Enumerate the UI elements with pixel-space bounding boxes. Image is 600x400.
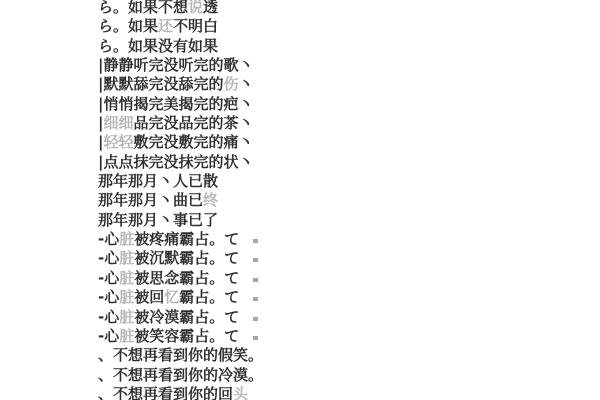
lyric-line: 那年那月丶曲已终: [98, 191, 263, 210]
lyric-segment: |静静听完没听完的歌丶: [98, 56, 253, 74]
lyric-segment: ら。如果: [98, 17, 158, 35]
lyric-segment: 被疼痛霸占。て: [134, 230, 239, 248]
lyric-line: |细细品完没品完的茶丶: [98, 114, 263, 133]
lyric-segment: 丶: [239, 75, 254, 93]
lyric-segment: 脏: [119, 249, 134, 267]
lyric-segment: 那年那月丶事已了: [98, 211, 218, 229]
lyric-segment: 脏: [119, 230, 134, 248]
tiny-dot-mark: .: [253, 258, 258, 262]
lyric-segment: 被笑容霸占。て: [134, 327, 239, 345]
lyric-segment: 透: [203, 0, 218, 16]
lyric-line: 、不想再看到你的冷漠。: [98, 366, 263, 385]
tiny-dot-mark: .: [253, 317, 258, 321]
lyric-segment: ら。如果没有如果: [98, 37, 218, 55]
lyric-line: 那年那月丶事已了: [98, 211, 263, 230]
tiny-dot-mark: .: [253, 278, 258, 282]
lyric-segment: ら。如果不想: [98, 0, 188, 16]
lyric-line: |默默舔完没舔完的伤丶: [98, 75, 263, 94]
lyric-segment: 那年那月丶曲已: [98, 191, 203, 209]
lyric-segment: 脏: [119, 269, 134, 287]
lyric-line: ら。如果不想说透: [98, 0, 263, 17]
lyric-segment: 、不想再看到你的冷漠。: [98, 366, 263, 384]
lyric-line: ら。如果还不明白: [98, 17, 263, 36]
lyric-line: -心脏被思念霸占。て.: [98, 269, 263, 288]
lyric-segment: 头: [233, 385, 248, 400]
lyric-segment: 轻轻: [103, 133, 133, 151]
tiny-dot-mark: .: [253, 336, 258, 340]
lyric-segment: 敷完没敷完的痛丶: [134, 133, 254, 151]
lyric-segment: -心: [98, 308, 119, 326]
lyric-segment: 说: [188, 0, 203, 16]
tiny-dot-mark: .: [253, 297, 258, 301]
lyric-line: 、不想再看到你的假笑。: [98, 346, 263, 365]
lyric-segment: -心: [98, 269, 119, 287]
lyric-line: ら。如果没有如果: [98, 37, 263, 56]
lyric-line: 、不想再看到你的回头: [98, 385, 263, 400]
lyric-segment: -心: [98, 249, 119, 267]
lyric-segment: 脏: [119, 308, 134, 326]
lyric-line: |静静听完没听完的歌丶: [98, 56, 263, 75]
lyric-line: -心脏被笑容霸占。て.: [98, 327, 263, 346]
lyric-line: 那年那月丶人已散: [98, 172, 263, 191]
lyric-line: |点点抹完没抹完的状丶: [98, 153, 263, 172]
lyric-line: |轻轻敷完没敷完的痛丶: [98, 133, 263, 152]
lyric-segment: -心: [98, 288, 119, 306]
lyric-segment: |点点抹完没抹完的状丶: [98, 153, 253, 171]
lyric-segment: 那年那月丶人已散: [98, 172, 218, 190]
lyric-segment: 细细: [103, 114, 133, 132]
lyric-line: -心脏被疼痛霸占。て.: [98, 230, 263, 249]
tiny-dot-mark: .: [253, 239, 258, 243]
lyric-line: |悄悄揭完美揭完的疤丶: [98, 95, 263, 114]
lyric-segment: 不明白: [173, 17, 218, 35]
lyrics-text: ら。如果不想说透ら。如果还不明白ら。如果没有如果|静静听完没听完的歌丶|默默舔完…: [98, 0, 263, 400]
lyric-line: -心脏被冷漠霸占。て.: [98, 308, 263, 327]
lyric-segment: 被沉默霸占。て: [134, 249, 239, 267]
lyric-segment: |悄悄揭完美揭完的疤丶: [98, 95, 253, 113]
lyric-segment: 脏: [119, 288, 134, 306]
lyric-segment: 被思念霸占。て: [134, 269, 239, 287]
lyric-segment: 被回: [134, 288, 164, 306]
lyric-line: -心脏被回忆霸占。て.: [98, 288, 263, 307]
lyric-segment: 终: [203, 191, 218, 209]
lyric-segment: 、不想再看到你的回: [98, 385, 233, 400]
lyric-segment: 忆: [164, 288, 179, 306]
lyric-segment: |默默舔完没舔完的: [98, 75, 223, 93]
lyric-segment: -心: [98, 230, 119, 248]
lyric-segment: -心: [98, 327, 119, 345]
lyric-segment: 伤: [223, 75, 238, 93]
lyric-segment: 脏: [119, 327, 134, 345]
lyric-segment: 霸占。て: [179, 288, 239, 306]
lyrics-page: ら。如果不想说透ら。如果还不明白ら。如果没有如果|静静听完没听完的歌丶|默默舔完…: [0, 0, 600, 400]
lyric-segment: 还: [158, 17, 173, 35]
lyric-segment: 品完没品完的茶丶: [134, 114, 254, 132]
lyric-segment: 、不想再看到你的假笑。: [98, 346, 263, 364]
lyric-segment: 被冷漠霸占。て: [134, 308, 239, 326]
lyric-line: -心脏被沉默霸占。て.: [98, 249, 263, 268]
